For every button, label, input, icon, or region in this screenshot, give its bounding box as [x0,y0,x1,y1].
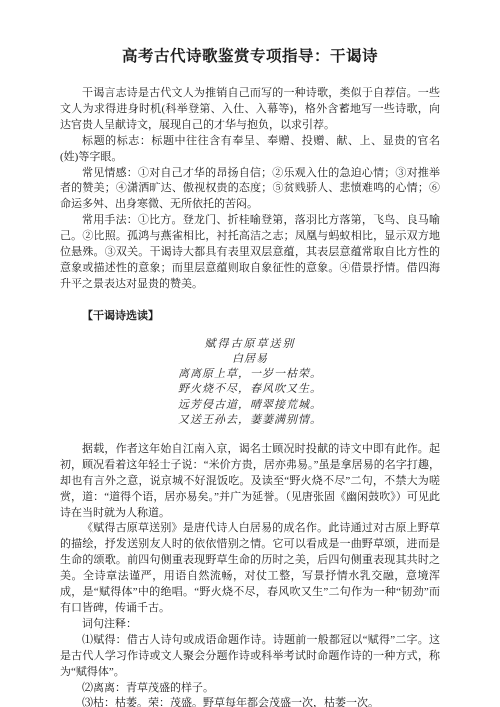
poem-line-1: 离离原上草，一岁一枯荣。 [60,367,440,382]
poem-title: 赋得古原草送别 [60,337,440,352]
poem-author: 白居易 [60,352,440,367]
notes-header: 词句注释： [60,617,440,633]
commentary-analysis: 《赋得古原草送别》是唐代诗人白居易的成名作。此诗通过对古原上野草的描绘，抒发送别… [60,521,440,616]
commentary-anecdote: 据载，作者这年始自江南入京，谒名士顾况时投献的诗文中即有此作。起初，顾况看着这年… [60,442,440,522]
poem-line-2: 野火烧不尽，春风吹又生。 [60,382,440,397]
note-1: ⑴赋得：借古人诗句或成语命题作诗。诗题前一般都冠以“赋得”二字。这是古代人学习作… [60,633,440,681]
note-3: ⑶枯：枯萎。荣：茂盛。野草每年都会茂盛一次，枯萎一次。 [60,696,440,707]
intro-paragraph-1: 干谒言志诗是古代文人为推销自己而写的一种诗歌，类似于自荐信。一些文人为求得进身时… [60,86,440,134]
intro-paragraph-common-emotions: 常见情感：①对自己才华的昂扬自信；②乐观入仕的急迫心情；③对推举者的赞美；④潇洒… [60,166,440,214]
poem-block: 赋得古原草送别 白居易 离离原上草，一岁一枯荣。 野火烧不尽，春风吹又生。 远芳… [60,337,440,428]
commentary-block: 据载，作者这年始自江南入京，谒名士顾况时投献的诗文中即有此作。起初，顾况看着这年… [60,442,440,707]
note-2: ⑵离离：青草茂盛的样子。 [60,681,440,697]
poem-line-4: 又送王孙去，萋萋满别情。 [60,413,440,428]
section-header: 【干谒诗选读】 [60,309,440,325]
document-page: 高考古代诗歌鉴赏专项指导：干谒诗 干谒言志诗是古代文人为推销自己而写的一种诗歌，… [0,0,500,707]
intro-paragraph-title-markers: 标题的标志：标题中往往含有奉呈、奉赠、投赠、献、上、显贵的官名(姓)等字眼。 [60,134,440,166]
poem-line-3: 远芳侵古道，晴翠接荒城。 [60,398,440,413]
intro-paragraph-common-techniques: 常用手法：①比方。登龙门、折桂喻登第，落羽比方落第，飞鸟、良马喻己。②比照。孤鸿… [60,213,440,293]
page-title: 高考古代诗歌鉴赏专项指导：干谒诗 [60,44,440,66]
